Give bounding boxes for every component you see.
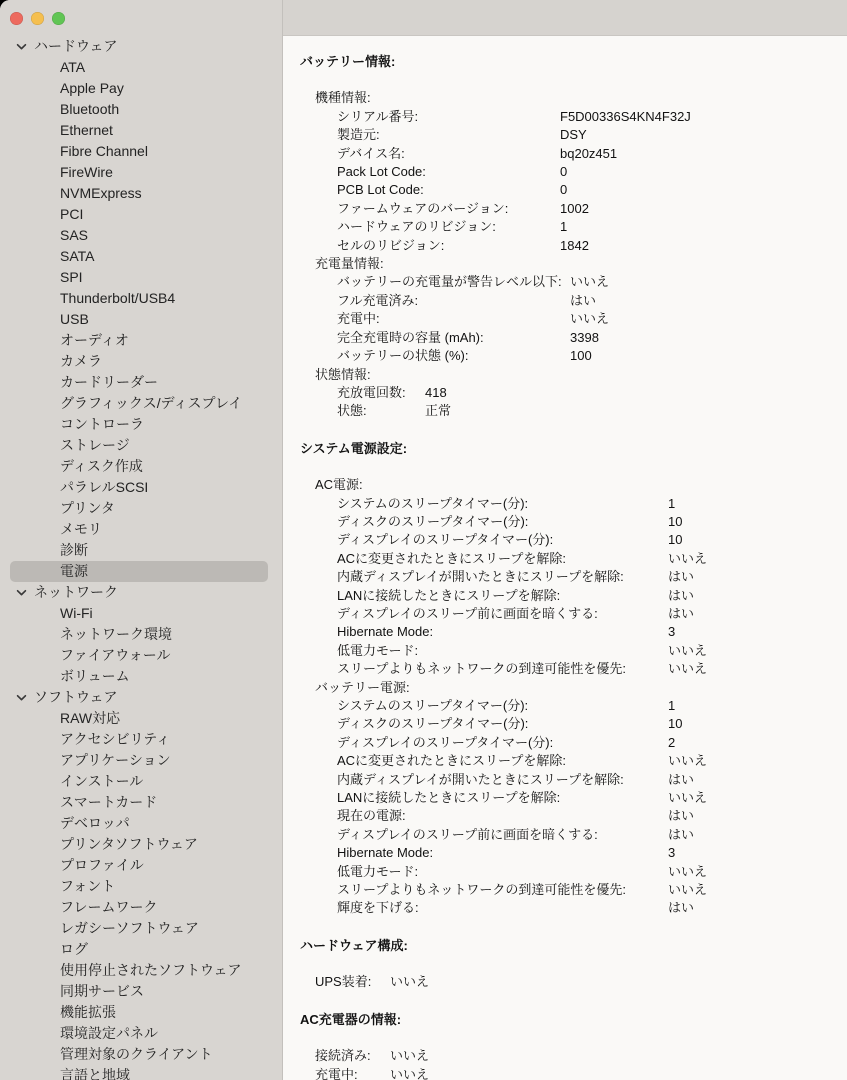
info-row: Hibernate Mode:3 bbox=[315, 844, 847, 862]
info-row: ディスプレイのスリープ前に画面を暗くする:はい bbox=[315, 605, 847, 623]
info-group: AC電源:システムのスリープタイマー(分):1ディスクのスリープタイマー(分):… bbox=[300, 476, 847, 678]
sidebar-item[interactable]: ファイアウォール bbox=[10, 645, 268, 666]
info-value: 3 bbox=[668, 623, 675, 641]
sidebar-item[interactable]: SPI bbox=[10, 267, 268, 288]
info-value: 3398 bbox=[570, 329, 599, 347]
info-row: ハードウェアのリビジョン:1 bbox=[315, 218, 847, 236]
sidebar-item[interactable]: メモリ bbox=[10, 519, 268, 540]
info-row: ディスプレイのスリープタイマー(分):10 bbox=[315, 531, 847, 549]
info-group: 接続済み:いいえ充電中:いいえ bbox=[300, 1047, 847, 1080]
info-value: 1 bbox=[668, 697, 675, 715]
info-row: 低電力モード:いいえ bbox=[315, 642, 847, 660]
window-titlebar[interactable] bbox=[283, 0, 847, 36]
info-section: ハードウェア構成:UPS装着:いいえ bbox=[300, 937, 847, 992]
info-row: ディスプレイのスリープタイマー(分):2 bbox=[315, 734, 847, 752]
info-label: シリアル番号: bbox=[337, 108, 560, 126]
info-value: 10 bbox=[668, 715, 682, 733]
info-group: 状態情報:充放電回数:418状態:正常 bbox=[300, 366, 847, 421]
info-row: バッテリーの充電量が警告レベル以下:いいえ bbox=[315, 273, 847, 291]
info-row: スリープよりもネットワークの到達可能性を優先:いいえ bbox=[315, 660, 847, 678]
info-label: Pack Lot Code: bbox=[337, 163, 560, 181]
sidebar-category[interactable]: ソフトウェア bbox=[10, 687, 268, 708]
info-row: フル充電済み:はい bbox=[315, 292, 847, 310]
info-value: はい bbox=[668, 568, 694, 586]
sidebar-item[interactable]: 電源 bbox=[10, 561, 268, 582]
titlebar-traffic-lights bbox=[0, 0, 282, 36]
info-label: ディスプレイのスリープタイマー(分): bbox=[337, 531, 668, 549]
info-value: 2 bbox=[668, 734, 675, 752]
sidebar-item[interactable]: ディスク作成 bbox=[10, 456, 268, 477]
sidebar-item[interactable]: プロファイル bbox=[10, 855, 268, 876]
sidebar-item[interactable]: フォント bbox=[10, 876, 268, 897]
info-row: PCB Lot Code:0 bbox=[315, 181, 847, 199]
info-row: 状態:正常 bbox=[315, 402, 847, 420]
info-value: bq20z451 bbox=[560, 145, 617, 163]
info-row: システムのスリープタイマー(分):1 bbox=[315, 697, 847, 715]
info-value: はい bbox=[668, 587, 694, 605]
info-label: 完全充電時の容量 (mAh): bbox=[337, 329, 570, 347]
info-value: いいえ bbox=[668, 550, 707, 568]
sidebar-item[interactable]: ATA bbox=[10, 57, 268, 78]
info-row: 完全充電時の容量 (mAh):3398 bbox=[315, 329, 847, 347]
sidebar-item[interactable]: オーディオ bbox=[10, 330, 268, 351]
info-value: はい bbox=[668, 807, 694, 825]
sidebar-item[interactable]: グラフィックス/ディスプレイ bbox=[10, 393, 268, 414]
info-label: ディスクのスリープタイマー(分): bbox=[337, 513, 668, 531]
sidebar-item[interactable]: Wi-Fi bbox=[10, 603, 268, 624]
sidebar-item[interactable]: Fibre Channel bbox=[10, 141, 268, 162]
sidebar-item[interactable]: Bluetooth bbox=[10, 99, 268, 120]
info-row: 現在の電源:はい bbox=[315, 807, 847, 825]
info-label: Hibernate Mode: bbox=[337, 623, 668, 641]
info-label: PCB Lot Code: bbox=[337, 181, 560, 199]
sidebar-item[interactable]: 機能拡張 bbox=[10, 1002, 268, 1023]
info-label: ACに変更されたときにスリープを解除: bbox=[337, 550, 668, 568]
sidebar-item[interactable]: ボリューム bbox=[10, 666, 268, 687]
sidebar-item[interactable]: 同期サービス bbox=[10, 981, 268, 1002]
info-label: 状態: bbox=[337, 402, 425, 420]
info-value: いいえ bbox=[390, 973, 429, 991]
info-row: LANに接続したときにスリープを解除:いいえ bbox=[315, 789, 847, 807]
zoom-button[interactable] bbox=[52, 12, 65, 25]
info-label: スリープよりもネットワークの到達可能性を優先: bbox=[337, 660, 668, 678]
sidebar-item[interactable]: 使用停止されたソフトウェア bbox=[10, 960, 268, 981]
sidebar-item[interactable]: 環境設定パネル bbox=[10, 1023, 268, 1044]
info-value: いいえ bbox=[668, 789, 707, 807]
section-header: システム電源設定: bbox=[300, 440, 847, 458]
info-label: 充電中: bbox=[315, 1066, 390, 1080]
info-label: セルのリビジョン: bbox=[337, 237, 560, 255]
sidebar-item[interactable]: プリンタ bbox=[10, 498, 268, 519]
info-label: ディスプレイのスリープ前に画面を暗くする: bbox=[337, 826, 668, 844]
subsection-header: バッテリー電源: bbox=[315, 679, 847, 697]
section-header: AC充電器の情報: bbox=[300, 1011, 847, 1029]
info-label: バッテリーの充電量が警告レベル以下: bbox=[337, 273, 570, 291]
sidebar-item[interactable]: ストレージ bbox=[10, 435, 268, 456]
info-value: 0 bbox=[560, 163, 567, 181]
sidebar-item[interactable]: スマートカード bbox=[10, 792, 268, 813]
info-row: デバイス名:bq20z451 bbox=[315, 145, 847, 163]
info-value: いいえ bbox=[668, 642, 707, 660]
chevron-down-icon[interactable] bbox=[16, 694, 27, 702]
info-value: DSY bbox=[560, 126, 587, 144]
info-row: ディスクのスリープタイマー(分):10 bbox=[315, 715, 847, 733]
sidebar-item[interactable]: Apple Pay bbox=[10, 78, 268, 99]
info-row: 接続済み:いいえ bbox=[315, 1047, 847, 1065]
sidebar-item[interactable]: USB bbox=[10, 309, 268, 330]
info-label: 低電力モード: bbox=[337, 642, 668, 660]
sidebar-category-label: ソフトウェア bbox=[34, 687, 117, 708]
sidebar-item[interactable]: NVMExpress bbox=[10, 183, 268, 204]
chevron-down-icon[interactable] bbox=[16, 589, 27, 597]
info-label: 現在の電源: bbox=[337, 807, 668, 825]
sidebar-item[interactable]: アクセシビリティ bbox=[10, 729, 268, 750]
info-section: システム電源設定:AC電源:システムのスリープタイマー(分):1ディスクのスリー… bbox=[300, 440, 847, 918]
info-value: 1002 bbox=[560, 200, 589, 218]
info-row: ファームウェアのバージョン:1002 bbox=[315, 200, 847, 218]
info-value: いいえ bbox=[570, 273, 609, 291]
sidebar-category-label: ネットワーク bbox=[34, 582, 118, 603]
info-value: 0 bbox=[560, 181, 567, 199]
sidebar-item[interactable]: アプリケーション bbox=[10, 750, 268, 771]
info-label: ディスプレイのスリープタイマー(分): bbox=[337, 734, 668, 752]
info-label: ハードウェアのリビジョン: bbox=[337, 218, 560, 236]
sidebar-item[interactable]: Thunderbolt/USB4 bbox=[10, 288, 268, 309]
info-label: フル充電済み: bbox=[337, 292, 570, 310]
sidebar-item[interactable]: コントローラ bbox=[10, 414, 268, 435]
info-value: 10 bbox=[668, 531, 682, 549]
main-pane: バッテリー情報:機種情報:シリアル番号:F5D00336S4KN4F32J製造元… bbox=[283, 0, 847, 1080]
subsection-header: 充電量情報: bbox=[315, 255, 847, 273]
info-section: AC充電器の情報:接続済み:いいえ充電中:いいえ bbox=[300, 1011, 847, 1080]
content-sections: バッテリー情報:機種情報:シリアル番号:F5D00336S4KN4F32J製造元… bbox=[283, 36, 847, 1080]
sidebar-item[interactable]: カードリーダー bbox=[10, 372, 268, 393]
sidebar-item[interactable]: PCI bbox=[10, 204, 268, 225]
info-row: 製造元:DSY bbox=[315, 126, 847, 144]
sidebar-category[interactable]: ネットワーク bbox=[10, 582, 268, 603]
info-label: 内蔵ディスプレイが開いたときにスリープを解除: bbox=[337, 771, 668, 789]
info-group: バッテリー電源:システムのスリープタイマー(分):1ディスクのスリープタイマー(… bbox=[300, 679, 847, 918]
sidebar-item[interactable]: ログ bbox=[10, 939, 268, 960]
info-row: 充電中:いいえ bbox=[315, 310, 847, 328]
info-row: 低電力モード:いいえ bbox=[315, 863, 847, 881]
info-label: 充電中: bbox=[337, 310, 570, 328]
sidebar-item[interactable]: FireWire bbox=[10, 162, 268, 183]
info-value: いいえ bbox=[668, 863, 707, 881]
info-row: バッテリーの状態 (%):100 bbox=[315, 347, 847, 365]
subsection-header: AC電源: bbox=[315, 476, 847, 494]
info-row: シリアル番号:F5D00336S4KN4F32J bbox=[315, 108, 847, 126]
info-value: 418 bbox=[425, 384, 447, 402]
info-label: バッテリーの状態 (%): bbox=[337, 347, 570, 365]
info-section: バッテリー情報:機種情報:シリアル番号:F5D00336S4KN4F32J製造元… bbox=[300, 53, 847, 421]
info-row: 内蔵ディスプレイが開いたときにスリープを解除:はい bbox=[315, 771, 847, 789]
info-label: スリープよりもネットワークの到達可能性を優先: bbox=[337, 881, 668, 899]
info-row: 充電中:いいえ bbox=[315, 1066, 847, 1080]
chevron-down-icon[interactable] bbox=[16, 43, 27, 51]
sidebar-item[interactable]: プリンタソフトウェア bbox=[10, 834, 268, 855]
sidebar-item[interactable]: RAW対応 bbox=[10, 708, 268, 729]
info-label: 充放電回数: bbox=[337, 384, 425, 402]
info-label: ディスプレイのスリープ前に画面を暗くする: bbox=[337, 605, 668, 623]
info-row: スリープよりもネットワークの到達可能性を優先:いいえ bbox=[315, 881, 847, 899]
info-row: 内蔵ディスプレイが開いたときにスリープを解除:はい bbox=[315, 568, 847, 586]
sidebar-tree: ハードウェアATAApple PayBluetoothEthernetFibre… bbox=[0, 36, 282, 1080]
info-row: セルのリビジョン:1842 bbox=[315, 237, 847, 255]
info-label: 接続済み: bbox=[315, 1047, 390, 1065]
info-group: 充電量情報:バッテリーの充電量が警告レベル以下:いいえフル充電済み:はい充電中:… bbox=[300, 255, 847, 365]
sidebar-category[interactable]: ハードウェア bbox=[10, 36, 268, 57]
info-label: Hibernate Mode: bbox=[337, 844, 668, 862]
section-header: ハードウェア構成: bbox=[300, 937, 847, 955]
info-value: はい bbox=[668, 605, 694, 623]
info-label: 内蔵ディスプレイが開いたときにスリープを解除: bbox=[337, 568, 668, 586]
info-label: システムのスリープタイマー(分): bbox=[337, 495, 668, 513]
close-button[interactable] bbox=[10, 12, 23, 25]
info-row: システムのスリープタイマー(分):1 bbox=[315, 495, 847, 513]
sidebar-item[interactable]: インストール bbox=[10, 771, 268, 792]
section-header: バッテリー情報: bbox=[300, 53, 847, 71]
info-label: システムのスリープタイマー(分): bbox=[337, 697, 668, 715]
sidebar-item[interactable]: 診断 bbox=[10, 540, 268, 561]
info-value: いいえ bbox=[668, 752, 707, 770]
sidebar-item[interactable]: 言語と地域 bbox=[10, 1065, 268, 1080]
minimize-button[interactable] bbox=[31, 12, 44, 25]
info-value: F5D00336S4KN4F32J bbox=[560, 108, 691, 126]
info-value: いいえ bbox=[390, 1047, 429, 1065]
info-row: 輝度を下げる:はい bbox=[315, 899, 847, 917]
sidebar-item[interactable]: デベロッパ bbox=[10, 813, 268, 834]
sidebar-item[interactable]: 管理対象のクライアント bbox=[10, 1044, 268, 1065]
info-label: デバイス名: bbox=[337, 145, 560, 163]
info-label: ファームウェアのバージョン: bbox=[337, 200, 560, 218]
subsection-header: 機種情報: bbox=[315, 89, 847, 107]
sidebar-category-label: ハードウェア bbox=[34, 36, 117, 57]
info-label: 輝度を下げる: bbox=[337, 899, 668, 917]
info-value: はい bbox=[668, 899, 694, 917]
info-value: いいえ bbox=[668, 660, 707, 678]
info-value: 1842 bbox=[560, 237, 589, 255]
info-value: 1 bbox=[560, 218, 567, 236]
sidebar-item[interactable]: ネットワーク環境 bbox=[10, 624, 268, 645]
subsection-header: 状態情報: bbox=[315, 366, 847, 384]
info-row: ACに変更されたときにスリープを解除:いいえ bbox=[315, 550, 847, 568]
sidebar-item[interactable]: SAS bbox=[10, 225, 268, 246]
info-label: LANに接続したときにスリープを解除: bbox=[337, 587, 668, 605]
info-value: はい bbox=[668, 771, 694, 789]
info-row: ディスプレイのスリープ前に画面を暗くする:はい bbox=[315, 826, 847, 844]
sidebar-item[interactable]: レガシーソフトウェア bbox=[10, 918, 268, 939]
info-row: Pack Lot Code:0 bbox=[315, 163, 847, 181]
info-value: 1 bbox=[668, 495, 675, 513]
info-value: はい bbox=[570, 292, 596, 310]
info-value: 10 bbox=[668, 513, 682, 531]
sidebar-item[interactable]: カメラ bbox=[10, 351, 268, 372]
info-value: いいえ bbox=[668, 881, 707, 899]
info-value: いいえ bbox=[390, 1066, 429, 1080]
sidebar-item[interactable]: Ethernet bbox=[10, 120, 268, 141]
info-value: 100 bbox=[570, 347, 592, 365]
sidebar-item[interactable]: パラレルSCSI bbox=[10, 477, 268, 498]
info-label: 低電力モード: bbox=[337, 863, 668, 881]
info-value: 3 bbox=[668, 844, 675, 862]
info-label: ACに変更されたときにスリープを解除: bbox=[337, 752, 668, 770]
info-label: 製造元: bbox=[337, 126, 560, 144]
info-label: LANに接続したときにスリープを解除: bbox=[337, 789, 668, 807]
sidebar-item[interactable]: フレームワーク bbox=[10, 897, 268, 918]
system-information-window: ハードウェアATAApple PayBluetoothEthernetFibre… bbox=[0, 0, 847, 1080]
info-row: 充放電回数:418 bbox=[315, 384, 847, 402]
info-value: はい bbox=[668, 826, 694, 844]
info-row: ディスクのスリープタイマー(分):10 bbox=[315, 513, 847, 531]
info-row: LANに接続したときにスリープを解除:はい bbox=[315, 587, 847, 605]
info-row: Hibernate Mode:3 bbox=[315, 623, 847, 641]
sidebar-item[interactable]: SATA bbox=[10, 246, 268, 267]
info-row: ACに変更されたときにスリープを解除:いいえ bbox=[315, 752, 847, 770]
info-value: いいえ bbox=[570, 310, 609, 328]
info-group: UPS装着:いいえ bbox=[300, 973, 847, 991]
info-row: UPS装着:いいえ bbox=[315, 973, 847, 991]
info-label: UPS装着: bbox=[315, 973, 390, 991]
info-value: 正常 bbox=[425, 402, 451, 420]
info-group: 機種情報:シリアル番号:F5D00336S4KN4F32J製造元:DSYデバイス… bbox=[300, 89, 847, 255]
sidebar: ハードウェアATAApple PayBluetoothEthernetFibre… bbox=[0, 0, 283, 1080]
info-label: ディスクのスリープタイマー(分): bbox=[337, 715, 668, 733]
